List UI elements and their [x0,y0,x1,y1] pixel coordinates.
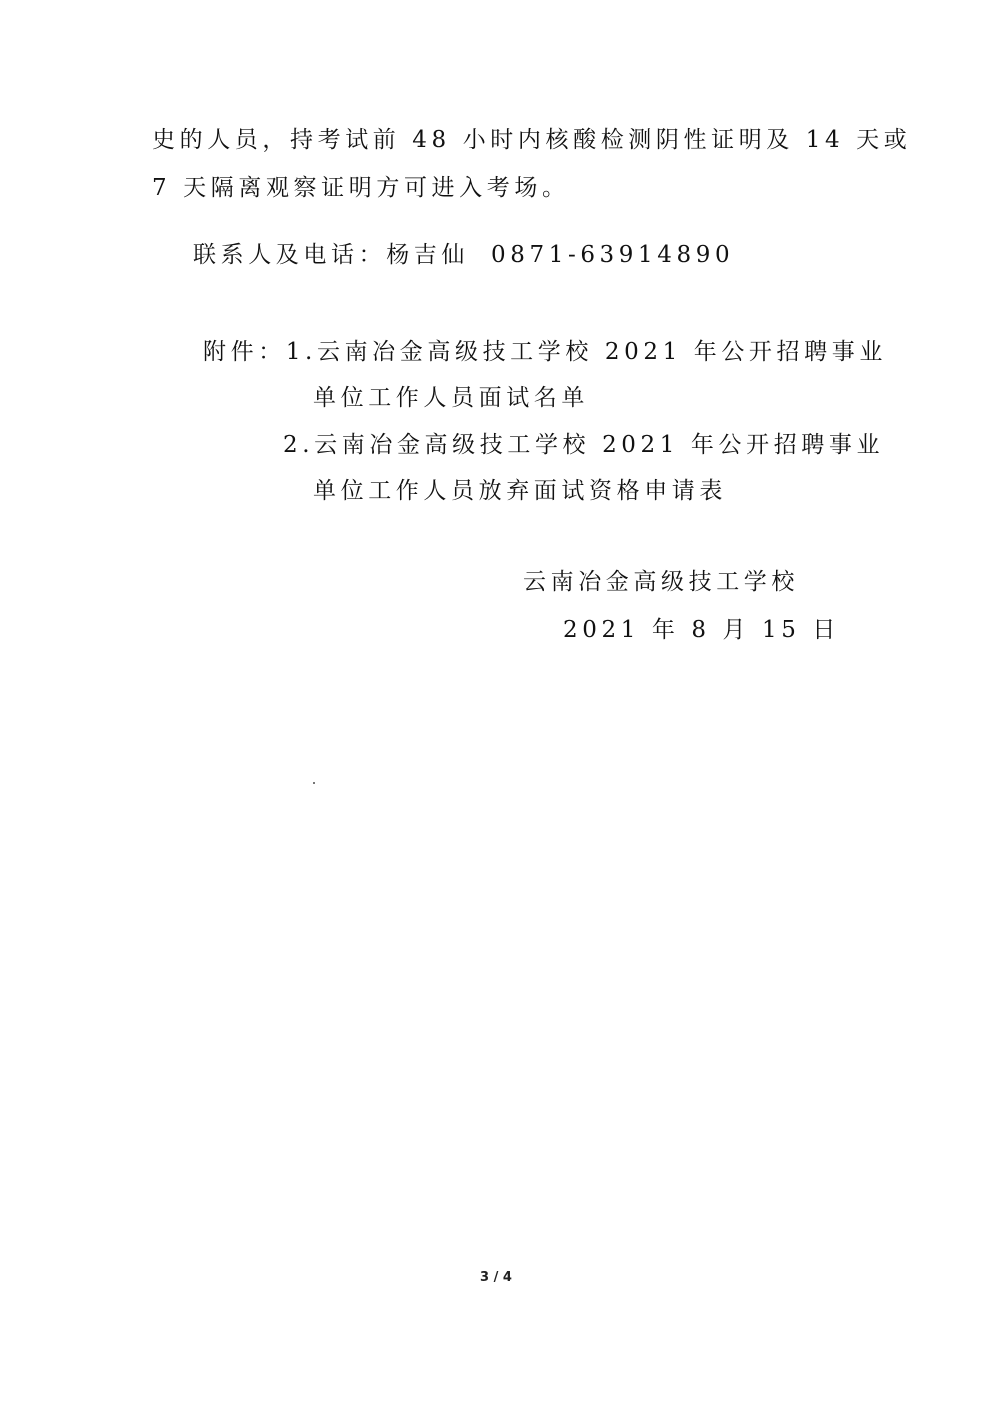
attachment-title: 云南冶金高级技工学校 2021 年公开招聘事业 [317,339,887,365]
attachment-title: 云南冶金高级技工学校 2021 年公开招聘事业 [314,432,884,458]
attachment-title-cont: 单位工作人员面试名单 [313,382,589,414]
attachment-number: 2. [283,432,314,458]
contact-label: 联系人及电话： [193,242,386,268]
page-number: 3 / 4 [0,1270,992,1285]
signature-date: 2021 年 8 月 15 日 [563,614,840,646]
attachment-item-2: 2.云南冶金高级技工学校 2021 年公开招聘事业 [283,429,884,461]
signature-organization: 云南冶金高级技工学校 [523,566,799,598]
contact-line: 联系人及电话：杨吉仙0871-63914890 [193,239,734,271]
attachment-item-1: 附件：1.云南冶金高级技工学校 2021 年公开招聘事业 [203,336,887,368]
body-text-line: 7 天隔离观察证明方可进入考场。 [152,172,570,204]
body-text-line: 史的人员，持考试前 48 小时内核酸检测阴性证明及 14 天或 [152,124,911,156]
attachment-title-cont: 单位工作人员放弃面试资格申请表 [313,475,727,507]
attachment-number: 1. [286,339,317,365]
attachments-label: 附件： [203,339,286,365]
contact-name: 杨吉仙 [386,242,469,268]
contact-phone: 0871-63914890 [491,242,734,268]
stray-mark [313,782,315,784]
